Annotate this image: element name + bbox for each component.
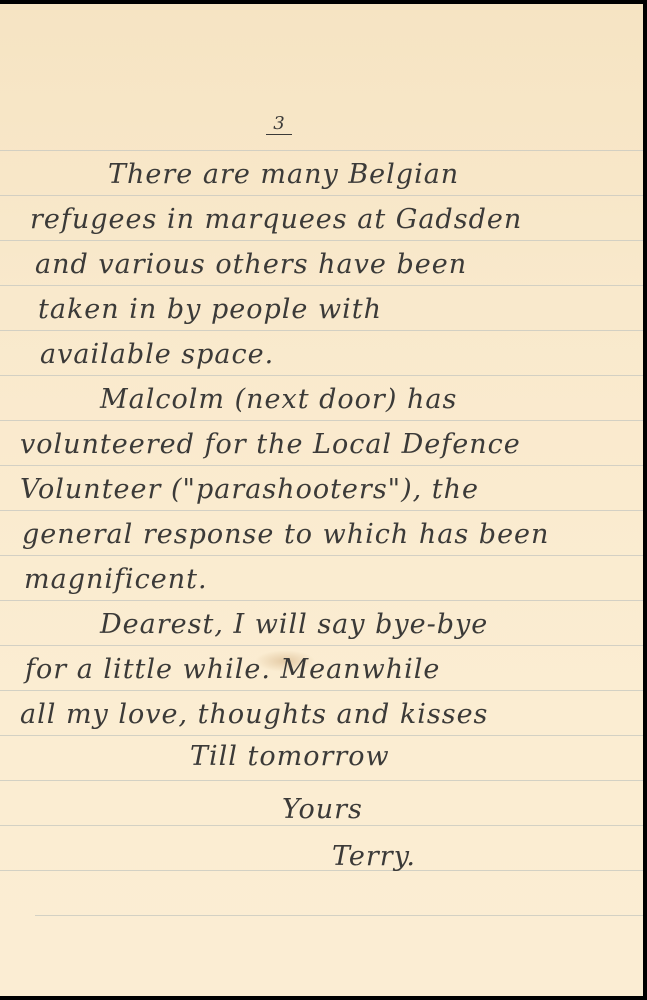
ruled-line xyxy=(0,735,643,736)
ruled-line xyxy=(0,420,643,421)
page-number: 3 xyxy=(266,114,292,135)
ruled-line xyxy=(0,600,643,601)
letter-line: available space. xyxy=(40,339,274,370)
letter-page: 3 There are many Belgian refugees in mar… xyxy=(0,4,643,996)
ruled-line xyxy=(0,150,643,151)
closing: Till tomorrow xyxy=(190,741,390,772)
ruled-line xyxy=(0,375,643,376)
ruled-line xyxy=(0,645,643,646)
ruled-line xyxy=(0,555,643,556)
ruled-line xyxy=(0,825,643,826)
letter-line: refugees in marquees at Gadsden xyxy=(30,204,522,235)
letter-line: and various others have been xyxy=(35,249,467,280)
ruled-line xyxy=(0,870,643,871)
ruled-line xyxy=(0,780,643,781)
letter-line: all my love, thoughts and kisses xyxy=(20,699,488,730)
ruled-line xyxy=(35,915,643,916)
ruled-line xyxy=(0,330,643,331)
valediction: Yours xyxy=(282,794,363,825)
ruled-line xyxy=(0,240,643,241)
signature: Terry. xyxy=(332,841,416,872)
ruled-line xyxy=(0,285,643,286)
letter-line: general response to which has been xyxy=(22,519,549,550)
ruled-line xyxy=(0,195,643,196)
letter-line: taken in by people with xyxy=(38,294,382,325)
letter-line: for a little while. Meanwhile xyxy=(25,654,440,685)
ruled-line xyxy=(0,510,643,511)
letter-line: Malcolm (next door) has xyxy=(100,384,457,415)
letter-line: Dearest, I will say bye-bye xyxy=(100,609,488,640)
letter-line: Volunteer ("parashooters"), the xyxy=(20,474,479,505)
letter-line: magnificent. xyxy=(24,564,208,595)
ruled-line xyxy=(0,465,643,466)
ruled-line xyxy=(0,690,643,691)
letter-line: There are many Belgian xyxy=(108,159,459,190)
letter-line: volunteered for the Local Defence xyxy=(20,429,521,460)
